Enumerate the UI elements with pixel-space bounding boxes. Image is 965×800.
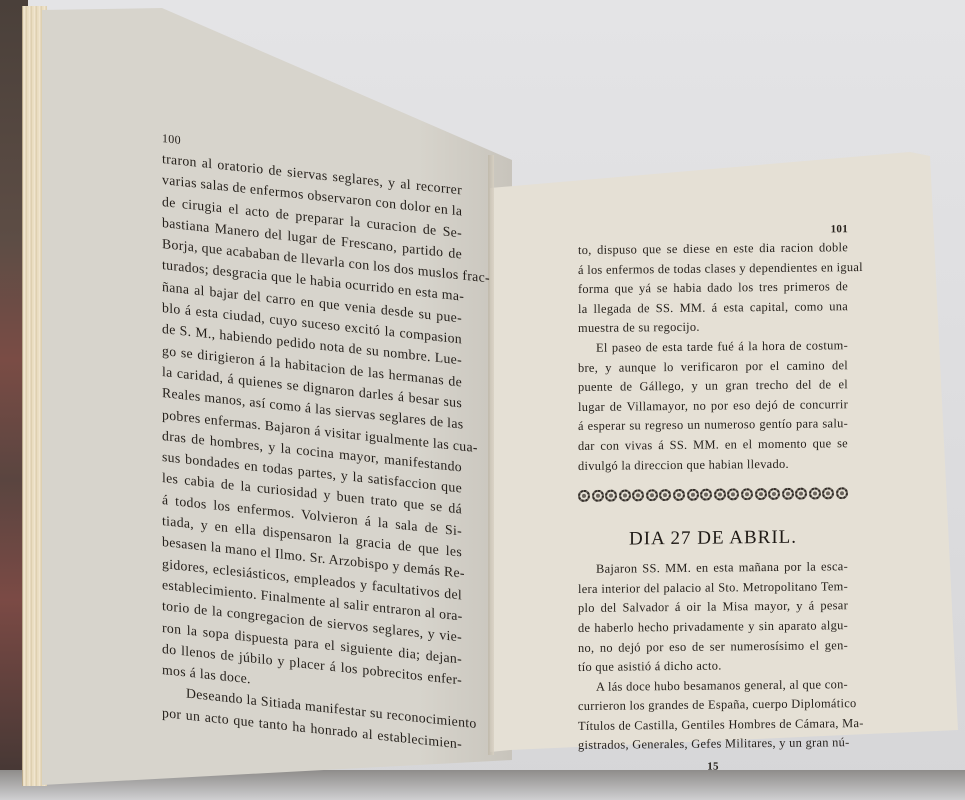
rosette-icon: [673, 489, 685, 501]
left-page-text: 100 traron al oratorio de siervas seglar…: [162, 128, 462, 755]
rosette-icon: [782, 488, 794, 500]
rosette-icon: [578, 490, 590, 502]
text-line: de haberlo hecho privadamente y sin apar…: [578, 616, 848, 638]
rosette-icon: [605, 490, 617, 502]
text-line: to, dispuso que se diese en este dia rac…: [578, 238, 848, 260]
rosette-icon: [822, 487, 834, 499]
rosette-icon: [687, 489, 699, 501]
text-line: la llegada de SS. MM. á esta capital, co…: [578, 297, 848, 319]
rosette-icon: [632, 489, 644, 501]
rosette-icon: [659, 489, 671, 501]
text-line: gistrados, Generales, Gefes Militares, y…: [578, 734, 848, 756]
text-line: divulgó la direccion que habian llevado.: [578, 454, 848, 476]
text-line: á esperar su regreso un numeroso gentío …: [578, 415, 848, 437]
text-line: Bajaron SS. MM. en esta mañana por la es…: [578, 557, 848, 579]
rosette-icon: [646, 489, 658, 501]
rosette-icon: [755, 488, 767, 500]
text-line: forma que yá se habia dado los tres prim…: [578, 277, 848, 299]
rosette-icon: [619, 490, 631, 502]
right-page-text: 101 to, dispuso que se diese en este dia…: [578, 220, 848, 774]
book-gutter: [488, 155, 494, 755]
rosette-icon: [836, 487, 848, 499]
text-line: dar con vivas á SS. MM. en el momento qu…: [578, 434, 848, 456]
text-line: currieron los grandes de España, cuerpo …: [578, 694, 848, 716]
section-heading: DIA 27 DE ABRIL.: [578, 517, 848, 560]
rosette-icon: [741, 488, 753, 500]
rosette-icon: [809, 488, 821, 500]
text-line: no, no dejó por eso de ser numerosísimo …: [578, 636, 848, 658]
text-line: plo del Salvador á oir la Misa mayor, y …: [578, 596, 848, 618]
rosette-icon: [700, 489, 712, 501]
text-line: El paseo de esta tarde fué á la hora de …: [578, 336, 848, 358]
rosette-icon: [795, 488, 807, 500]
rosette-icon: [727, 488, 739, 500]
text-line: puente de Gállego, y un gran trecho del …: [578, 375, 848, 397]
rosette-icon: [714, 489, 726, 501]
rosette-icon: [768, 488, 780, 500]
rosette-icon: [592, 490, 604, 502]
ornament-divider: [578, 479, 848, 510]
